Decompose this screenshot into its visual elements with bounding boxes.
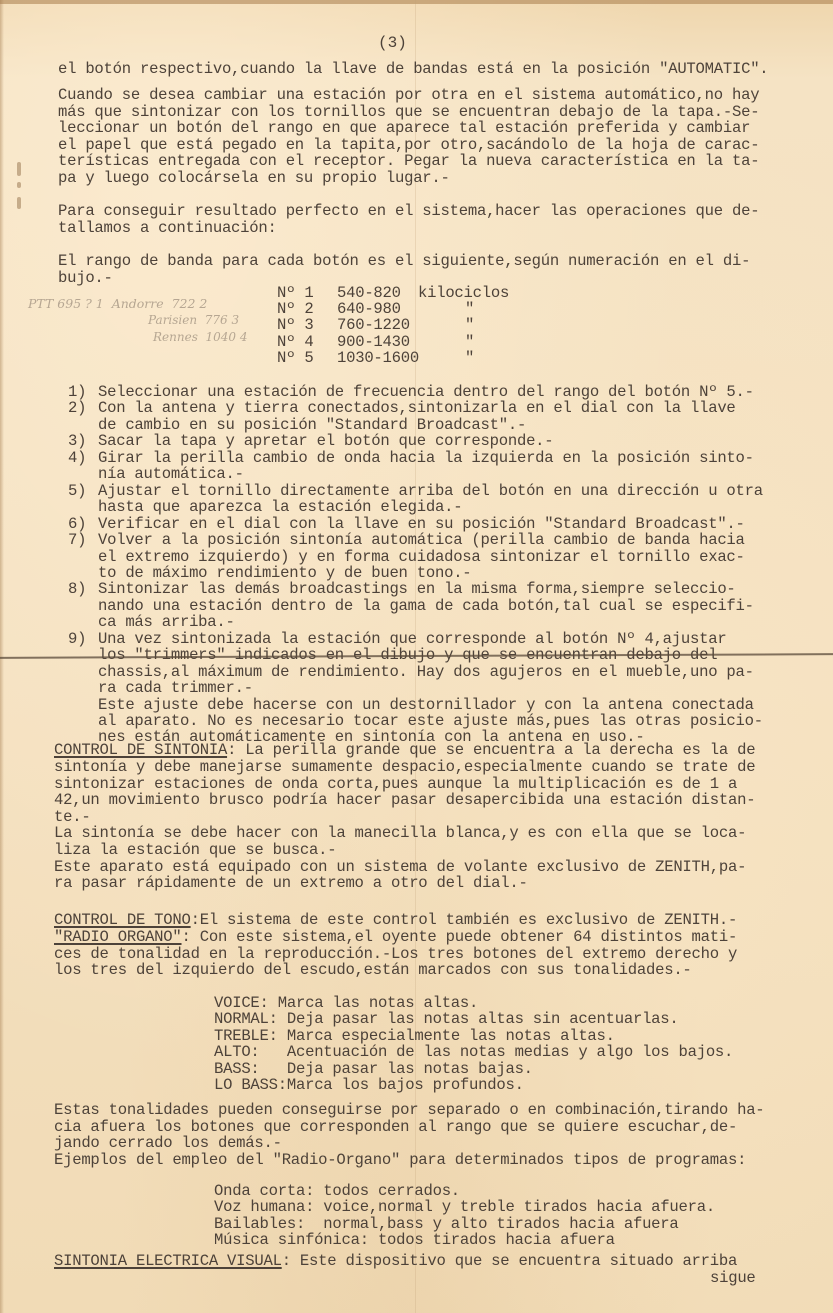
- section-heading: CONTROL DE SINTONIA: [54, 741, 227, 759]
- text-line: el papel que está pegado en la tapita,po…: [58, 137, 759, 154]
- step-text: Sintonizar las demás broadcastings en la…: [98, 581, 736, 598]
- step-number: 9): [68, 631, 86, 648]
- band-button-number: Nº 1: [277, 285, 313, 302]
- step-number: 2): [68, 400, 86, 417]
- tone-description: Deja pasar las notas bajas.: [260, 1060, 533, 1078]
- continue-label: sigue: [710, 1270, 756, 1287]
- text-line: los tres del izquierdo del escudo,están …: [54, 962, 692, 979]
- tone-item: VOICE: Marca las notas altas.: [214, 995, 478, 1012]
- step-text: al aparato. No es necesario tocar este a…: [98, 713, 763, 730]
- punch-hole-mark: [17, 162, 21, 176]
- text-line: ces de tonalidad en la reproducción.-Los…: [54, 946, 737, 963]
- step-text: Girar la perilla cambio de onda hacia la…: [98, 450, 754, 467]
- tone-item: NORMAL: Deja pasar las notas altas sin a…: [214, 1011, 679, 1028]
- text-line: Este aparato está equipado con un sistem…: [54, 859, 746, 876]
- band-button-number: Nº 5: [277, 350, 313, 367]
- text-line: ra pasar rápidamente de un extremo a otr…: [54, 875, 528, 892]
- pencil-annotation: Parisien 776 3: [148, 313, 239, 327]
- text-line: Cuando se desea cambiar una estación por…: [58, 87, 759, 104]
- band-unit: ": [465, 350, 474, 367]
- step-text: ra cada trimmer.-: [98, 680, 253, 697]
- step-text: Seleccionar una estación de frecuencia d…: [98, 384, 754, 401]
- text-line: liza la estación que se busca.-: [54, 842, 336, 859]
- step-number: 6): [68, 516, 86, 533]
- section-heading: SINTONIA ELECTRICA VISUAL: [54, 1252, 282, 1270]
- step-text: Volver a la posición sintonía automática…: [98, 532, 745, 549]
- punch-hole-mark: [17, 182, 21, 188]
- step-number: 3): [68, 433, 86, 450]
- band-unit: ": [465, 334, 474, 351]
- band-unit: kilociclos: [418, 285, 509, 302]
- band-unit: ": [465, 317, 474, 334]
- page-number: (3): [378, 34, 407, 52]
- paper-top-edge: [0, 0, 833, 4]
- band-range: 640-980: [337, 301, 401, 318]
- text-line: pa y luego colocársela en su propio luga…: [58, 170, 450, 187]
- tone-description: Deja pasar las notas altas sin acentuarl…: [278, 1010, 679, 1028]
- step-text: hasta que aparezca la estación elegida.-: [98, 499, 462, 516]
- text-line: 42,un movimiento brusco podría hacer pas…: [54, 792, 755, 809]
- text-line: leccionar un botón del rango en que apar…: [58, 120, 750, 137]
- step-text: Ajustar el tornillo directamente arriba …: [98, 483, 763, 500]
- tone-name: LO BASS:: [214, 1076, 287, 1094]
- step-text: el extremo izquierdo) y en forma cuidado…: [98, 549, 745, 566]
- step-text: ca más arriba.-: [98, 614, 235, 631]
- band-button-number: Nº 2: [277, 301, 313, 318]
- tone-name: ALTO:: [214, 1043, 260, 1061]
- tone-item: ALTO: Acentuación de las notas medias y …: [214, 1044, 733, 1061]
- text-line: sintonía y debe manejarse sumamente desp…: [54, 759, 755, 776]
- example-item: Voz humana: voice,normal y treble tirado…: [214, 1199, 715, 1216]
- tone-name: TREBLE:: [214, 1027, 278, 1045]
- tone-item: BASS: Deja pasar las notas bajas.: [214, 1061, 533, 1078]
- band-button-number: Nº 3: [277, 317, 313, 334]
- step-text: Este ajuste debe hacerse con un destorni…: [98, 697, 754, 714]
- tone-name: NORMAL:: [214, 1010, 278, 1028]
- band-range: 900-1430: [337, 334, 410, 351]
- step-text: Verificar en el dial con la llave en su …: [98, 516, 745, 533]
- example-item: Onda corta: todos cerrados.: [214, 1183, 460, 1200]
- tone-description: Marca las notas altas.: [269, 994, 478, 1012]
- pencil-annotation: Rennes 1040 4: [153, 330, 247, 344]
- step-text: de cambio en su posición "Standard Broad…: [98, 417, 526, 434]
- text-line: terísticas entregada con el receptor. Pe…: [58, 153, 759, 170]
- pencil-annotation: PTT 695 ? 1 Andorre 722 2: [28, 296, 207, 311]
- step-text: Una vez sintonizada la estación que corr…: [98, 631, 726, 648]
- section-heading: "RADIO ORGANO": [54, 928, 182, 946]
- step-text: nía automática.-: [98, 466, 244, 483]
- text-line: sintonizar estaciones de onda corta,pues…: [54, 776, 737, 793]
- text-line: Ejemplos del empleo del "Radio-Organo" p…: [54, 1152, 746, 1169]
- text-line: Para conseguir resultado perfecto en el …: [58, 203, 759, 220]
- intro-line: el botón respectivo,cuando la llave de b…: [58, 61, 768, 78]
- punch-hole-mark: [17, 197, 21, 209]
- text-line: te.-: [54, 809, 90, 826]
- step-number: 1): [68, 384, 86, 401]
- tone-name: VOICE:: [214, 994, 269, 1012]
- step-text: nando una estación dentro de la gama de …: [98, 598, 754, 615]
- band-range: 760-1220: [337, 317, 410, 334]
- tone-description: Acentuación de las notas medias y algo l…: [260, 1043, 734, 1061]
- step-number: 4): [68, 450, 86, 467]
- text-line: La sintonía se debe hacer con la manecil…: [54, 825, 746, 842]
- step-text: to de máximo rendimiento y de buen tono.…: [98, 565, 471, 582]
- band-unit: ": [465, 301, 474, 318]
- text-line: tallamos a continuación:: [58, 220, 277, 237]
- section-heading: CONTROL DE TONO: [54, 911, 191, 929]
- text-line: El rango de banda para cada botón es el …: [58, 253, 750, 270]
- step-text: chassis,al máximum de rendimiento. Hay d…: [98, 664, 754, 681]
- tone-item: LO BASS:Marca los bajos profundos.: [214, 1077, 524, 1094]
- band-range: 1030-1600: [337, 350, 419, 367]
- step-number: 5): [68, 483, 86, 500]
- step-number: 7): [68, 532, 86, 549]
- band-range: 540-820: [337, 285, 401, 302]
- section-sintonia-electrica: SINTONIA ELECTRICA VISUAL: Este disposit…: [54, 1253, 737, 1270]
- example-item: Música sinfónica: todos tirados hacia af…: [214, 1232, 615, 1249]
- text-line: bujo.-: [58, 270, 113, 287]
- text-line: cia afuera los botones que corresponden …: [54, 1119, 737, 1136]
- text-line: jando cerrado los demás.-: [54, 1135, 282, 1152]
- tone-item: TREBLE: Marca especialmente las notas al…: [214, 1028, 615, 1045]
- text-line: Estas tonalidades pueden conseguirse por…: [54, 1102, 764, 1119]
- text-line: más que sintonizar con los tornillos que…: [58, 104, 759, 121]
- tone-name: BASS:: [214, 1060, 260, 1078]
- tone-description: Marca especialmente las notas altas.: [278, 1027, 615, 1045]
- step-text: Con la antena y tierra conectados,sinton…: [98, 400, 736, 417]
- tone-description: Marca los bajos profundos.: [287, 1076, 524, 1094]
- step-number: 8): [68, 581, 86, 598]
- step-text: Sacar la tapa y apretar el botón que cor…: [98, 433, 553, 450]
- band-button-number: Nº 4: [277, 334, 313, 351]
- example-item: Bailables: normal,bass y alto tirados ha…: [214, 1216, 679, 1233]
